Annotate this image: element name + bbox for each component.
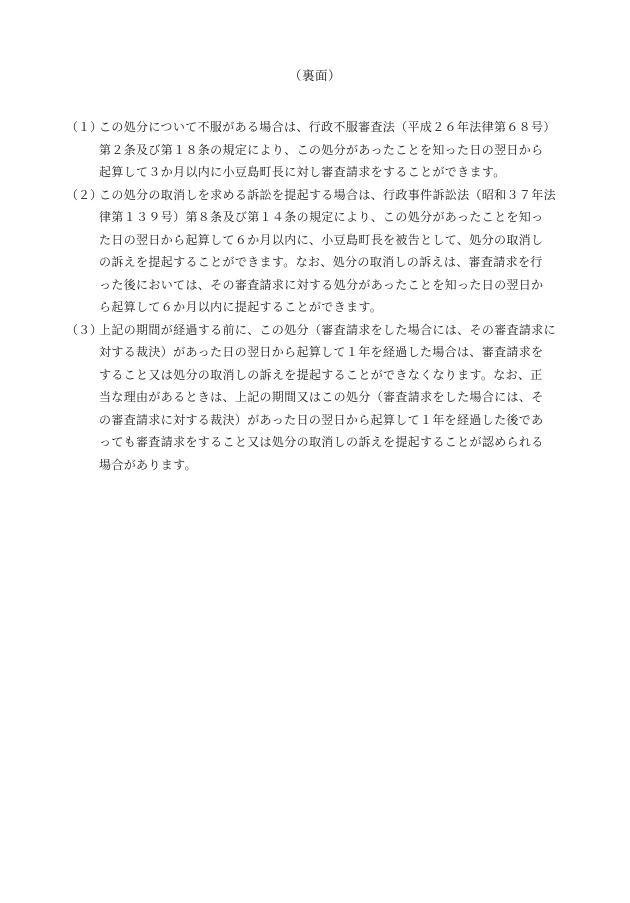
item-text-line: 第２条及び第１８条の規定により、この処分があったことを知った日の翌日から: [99, 139, 586, 162]
item-number: （３）: [66, 319, 102, 342]
item-text-line: すること又は処分の取消しの訴えを提起することができなくなります。なお、正: [99, 364, 586, 387]
item-text-line: っても審査請求をすること又は処分の取消しの訴えを提起することが認められる: [99, 431, 586, 454]
item-text-line: 律第１３９号）第８条及び第１４条の規定により、この処分があったことを知っ: [99, 206, 586, 229]
item-number: （２）: [66, 184, 102, 207]
item-text-line: った後においては、その審査請求に対する処分があったことを知った日の翌日か: [99, 274, 586, 297]
item-text-line: ら起算して６か月以内に提起することができます。: [99, 296, 586, 319]
notice-list: （１） この処分について不服がある場合は、行政不服審査法（平成２６年法律第６８号…: [66, 116, 586, 476]
item-text-line: 当な理由があるときは、上記の期間又はこの処分（審査請求をした場合には、そ: [99, 386, 586, 409]
page-heading: （裏面）: [0, 66, 630, 86]
item-text-line: この処分の取消しを求める訴訟を提起する場合は、行政事件訴訟法（昭和３７年法: [99, 184, 586, 207]
notice-item-2: （２） この処分の取消しを求める訴訟を提起する場合は、行政事件訴訟法（昭和３７年…: [66, 184, 586, 319]
item-text-line: この処分について不服がある場合は、行政不服審査法（平成２６年法律第６８号）: [99, 116, 586, 139]
document-page: （裏面） （１） この処分について不服がある場合は、行政不服審査法（平成２６年法…: [0, 0, 630, 903]
item-text-line: 起算して３か月以内に小豆島町長に対し審査請求をすることができます。: [99, 161, 586, 184]
item-text-line: 上記の期間が経過する前に、この処分（審査請求をした場合には、その審査請求に: [99, 319, 586, 342]
item-text-line: た日の翌日から起算して６か月以内に、小豆島町長を被告として、処分の取消し: [99, 229, 586, 252]
item-text-line: の訴えを提起することができます。なお、処分の取消しの訴えは、審査請求を行: [99, 251, 586, 274]
item-text-line: 場合があります。: [99, 454, 586, 477]
item-text-line: 対する裁決）があった日の翌日から起算して１年を経過した場合は、審査請求を: [99, 341, 586, 364]
item-text-line: の審査請求に対する裁決）があった日の翌日から起算して１年を経過した後であ: [99, 409, 586, 432]
item-number: （１）: [66, 116, 102, 139]
notice-item-3: （３） 上記の期間が経過する前に、この処分（審査請求をした場合には、その審査請求…: [66, 319, 586, 477]
notice-item-1: （１） この処分について不服がある場合は、行政不服審査法（平成２６年法律第６８号…: [66, 116, 586, 184]
